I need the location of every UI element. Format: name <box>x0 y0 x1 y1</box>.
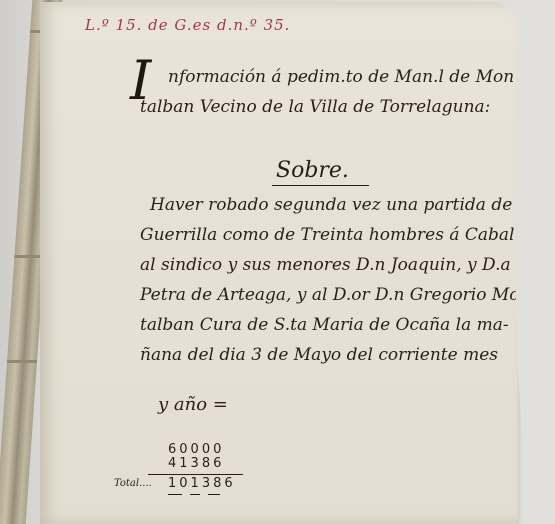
binding-stitch <box>7 360 37 363</box>
addend-2: 41386 <box>168 456 224 471</box>
closing-phrase: y año = <box>158 394 228 415</box>
subject-heading: Sobre. <box>272 158 369 186</box>
addend-1: 60000 <box>168 442 224 457</box>
body-line-3: al sindico y sus menores D.n Joaquin, y … <box>140 250 520 280</box>
manuscript-page: L.º 15. de G.es d.n.º 35. I nformación á… <box>40 2 518 524</box>
body-text: Haver robado segunda vez una partida de … <box>140 190 520 370</box>
total-underline <box>168 494 182 495</box>
binding-stitch <box>14 255 44 258</box>
body-line-5: talban Cura de S.ta Maria de Ocaña la ma… <box>140 310 520 340</box>
ornamental-initial: I <box>130 54 151 108</box>
title-line-1: nformación á pedim.to de Man.l de Mon <box>168 62 510 92</box>
sum-total: 101386 <box>168 476 236 491</box>
body-line-4: Petra de Arteaga, y al D.or D.n Gregorio… <box>140 280 520 310</box>
archival-reference-note: L.º 15. de G.es d.n.º 35. <box>85 16 290 34</box>
body-line-2: Guerrilla como de Treinta hombres á Caba… <box>140 220 520 250</box>
title-line-2: talban Vecino de la Villa de Torrelaguna… <box>140 92 510 122</box>
body-line-6: ñana del dia 3 de Mayo del corriente mes <box>140 340 520 370</box>
document-title: I nformación á pedim.to de Man.l de Mon … <box>140 62 510 122</box>
total-underline <box>190 494 200 495</box>
sum-rule <box>148 474 243 475</box>
total-label: Total.... <box>114 478 152 489</box>
total-underline <box>208 494 220 495</box>
body-line-1: Haver robado segunda vez una partida de <box>150 190 520 220</box>
